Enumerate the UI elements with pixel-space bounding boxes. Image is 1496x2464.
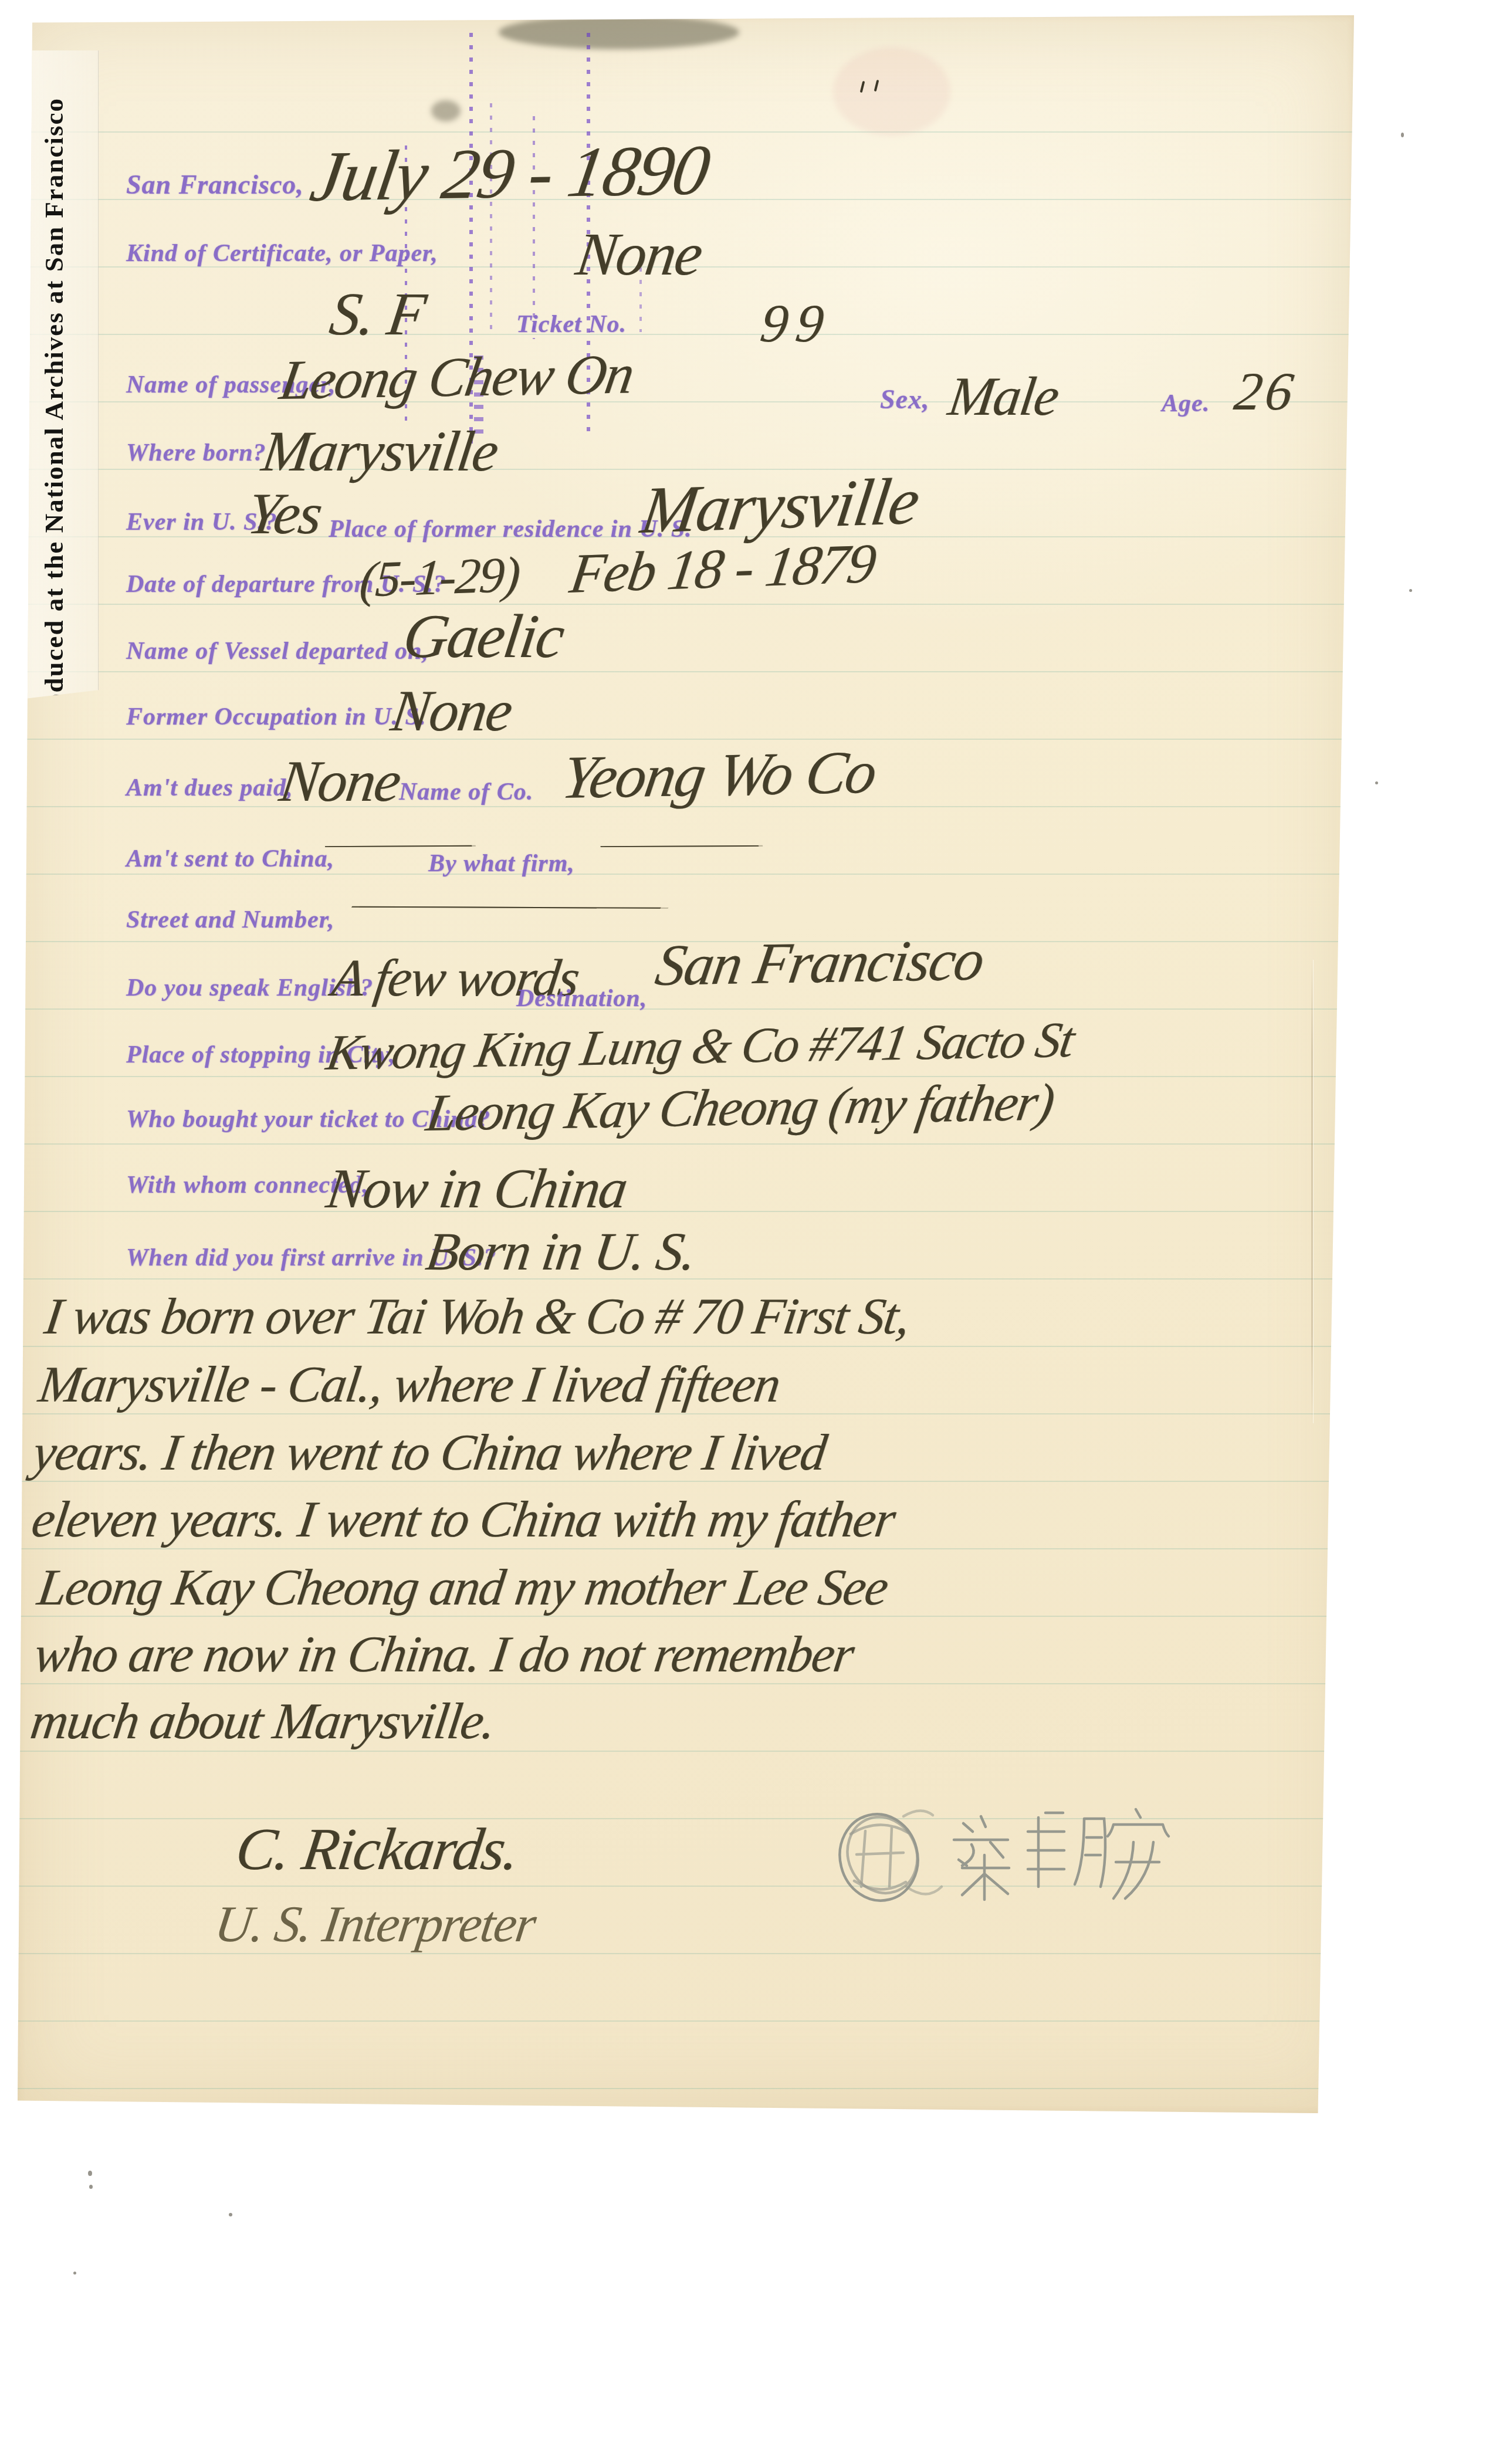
pen-mark <box>860 81 865 93</box>
field-label: Destination, <box>516 984 647 1013</box>
field-label: Ticket No. <box>516 310 627 339</box>
field-value: None <box>387 677 516 744</box>
field-value: Marysville <box>258 419 502 485</box>
field-label: Name of Co. <box>399 778 533 806</box>
field-value: July 29 - 1890 <box>305 129 715 218</box>
archive-tape-label: Reproduced at the National Archives at S… <box>39 97 69 769</box>
field-label: Former Occupation in U. S. <box>126 703 426 731</box>
signature-title: U. S. Interpreter <box>211 1895 539 1954</box>
char-leung <box>954 1816 1009 1900</box>
dust-speck <box>1401 133 1404 137</box>
dust-speck <box>73 2272 76 2275</box>
field-label: Sex, <box>880 384 930 415</box>
field-label: Kind of Certificate, or Paper, <box>126 239 438 268</box>
statement-line: who are now in China. I do not remember <box>31 1625 857 1684</box>
field-value: S. F <box>326 279 429 349</box>
field-value: 26 <box>1231 360 1301 422</box>
dust-speck <box>89 2185 93 2189</box>
char-on <box>1108 1809 1169 1898</box>
statement-line: eleven years. I went to China with my fa… <box>28 1490 898 1549</box>
field-value: Male <box>945 365 1062 428</box>
chinese-characters-drawing <box>833 1799 1173 1928</box>
field-label: Street and Number, <box>126 906 334 934</box>
statement-line: I was born over Tai Woh & Co # 70 First … <box>41 1287 913 1346</box>
statement-line: years. I then went to China where I live… <box>29 1423 830 1483</box>
field-label: San Francisco, <box>126 169 304 200</box>
field-value: Kwong King Lung & Co #741 Sacto St <box>323 1010 1078 1082</box>
dust-speck <box>1375 781 1378 784</box>
field-value: Born in U. S. <box>422 1220 699 1282</box>
field-value: Gaelic <box>399 601 568 672</box>
field-value: Feb 18 - 1879 <box>566 530 879 606</box>
field-label: Age. <box>1162 390 1210 418</box>
scribble-circle <box>833 1806 942 1909</box>
document-scan: { "archive_strip": { "text": "Reproduced… <box>0 0 1496 2464</box>
char-chiu <box>1028 1813 1105 1887</box>
paper-stain <box>833 48 950 136</box>
field-label: Name of Vessel departed on, <box>126 637 429 665</box>
field-label: Where born? <box>126 439 266 467</box>
field-label: Am't dues paid, <box>126 774 293 802</box>
statement-line: Leong Kay Cheong and my mother Lee See <box>34 1558 891 1617</box>
dash-stroke: — <box>346 891 654 919</box>
field-label: By what firm, <box>428 849 575 878</box>
field-value: 99 <box>757 292 836 354</box>
statement-line: much about Marysville. <box>27 1692 499 1751</box>
dust-speck <box>1409 589 1412 592</box>
field-value: Now in China <box>323 1156 631 1221</box>
field-value: Leong Chew On <box>276 341 638 412</box>
field-value: Leong Kay Cheong (my father) <box>422 1072 1058 1143</box>
field-value: San Francisco <box>651 926 988 999</box>
ink-smudge <box>431 100 461 121</box>
dash-stroke: — <box>598 831 752 858</box>
archive-tape: Reproduced at the National Archives at S… <box>9 50 99 700</box>
paper: Reproduced at the National Archives at S… <box>18 15 1354 2113</box>
dust-speck <box>229 2213 232 2216</box>
pen-mark <box>874 80 879 92</box>
field-value: Yes <box>243 480 326 547</box>
field-label: Am't sent to China, <box>126 845 334 873</box>
signature-name: C. Rickards. <box>232 1815 523 1884</box>
field-value: None <box>572 219 706 289</box>
field-value: Yeong Wo Co <box>557 737 881 813</box>
dust-speck <box>88 2171 92 2176</box>
ink-smudge <box>499 15 739 49</box>
field-value: None <box>276 747 404 815</box>
statement-line: Marysville - Cal., where I lived fifteen <box>35 1355 783 1414</box>
field-value: (5-1-29) <box>358 545 521 609</box>
paper-crease <box>1311 960 1313 1423</box>
